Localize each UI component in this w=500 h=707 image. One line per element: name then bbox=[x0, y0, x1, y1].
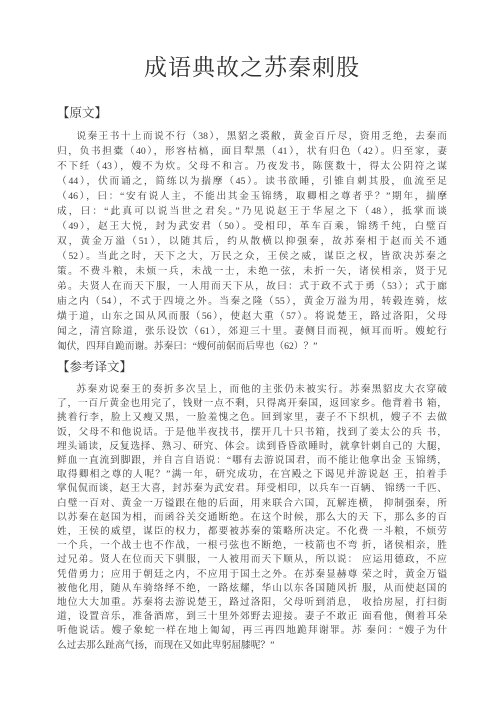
text-line: 闻之，清宫除道，张乐设饮（61），郊迎三十里。妻侧目而视，倾耳而听。嫂蛇行 bbox=[57, 324, 447, 339]
text-line: （49），赵王大悦，封为武安君（50）。受相印，革车百乘，锦绣千纯，白璧百 bbox=[57, 219, 447, 234]
text-line: 被他化用，随从车骑络绎不绝，一路炫耀，华山以东各国随风折 服，从而使赵国的 bbox=[57, 582, 447, 596]
text-line: 了，一百斤黄金也用完了，钱财一点不剩，只得离开秦国，返回家乡。他背着书 箱， bbox=[57, 397, 447, 411]
heading-original-text: 【原文】 bbox=[57, 106, 447, 121]
text-line: 么过去那么趾高气扬，而现在又如此卑躬屈膝呢？” bbox=[57, 639, 447, 653]
text-line: 听他说话。嫂子象蛇一样在地上匍匐，再三再四地跪拜谢罪。苏 秦问：“嫂子为什 bbox=[57, 624, 447, 638]
text-line: 凭借勇力；应用于朝廷之内，不应用于国土之外。在苏秦显赫尊 荣之时，黄金万镒 bbox=[57, 568, 447, 582]
text-line: （44），伏而诵之，简练以为揣摩（45）。读书欲睡，引锥自刺其股，血流至足 bbox=[57, 174, 447, 189]
section-original-text: 【原文】 说秦王书十上而说不行（38），黑貂之裘敝，黄金百斤尽，资用乏绝，去秦而… bbox=[57, 106, 447, 354]
text-line: 鲜血一直流到脚跟，并自言自语说：“哪有去游说国君，而不能让他拿出金 玉锦绣， bbox=[57, 454, 447, 468]
document-page: 成语典故之苏秦刺股 【原文】 说秦王书十上而说不行（38），黑貂之裘敝，黄金百斤… bbox=[0, 0, 500, 707]
heading-reference-translation: 【参考译文】 bbox=[57, 360, 447, 375]
text-line: （46），曰：“安有说人主，不能出其金玉锦绣，取卿相之尊者乎？”期年，揣摩 bbox=[57, 189, 447, 204]
text-line: 埋头诵读，反复选择、熟习、研究、体会。读到昏昏欲睡时，就拿针刺自己的 大腿， bbox=[57, 440, 447, 454]
text-line: 姓，王侯的威望，谋臣的权力，都要被苏秦的策略所决定。不化费 一斗粮，不烦劳 bbox=[57, 525, 447, 539]
translation-text-paragraph: 苏秦劝说秦王的奏折多次呈上，而他的主张仍未被实行。苏秦黑貂皮大衣穿破了，一百斤黄… bbox=[57, 383, 447, 653]
text-line: 道，设置音乐，准备酒席，到三十里外郊野去迎接。妻子不敢正 面看他，侧着耳朵 bbox=[57, 610, 447, 624]
text-line: （52）。当此之时，天下之大，万民之众，王侯之威，谋臣之权，皆欲决苏秦之 bbox=[57, 249, 447, 264]
section-reference-translation: 【参考译文】 苏秦劝说秦王的奏折多次呈上，而他的主张仍未被实行。苏秦黑貂皮大衣穿… bbox=[57, 360, 447, 653]
text-line: 掌侃侃而谈，赵王大喜，封苏秦为武安君。拜受相印，以兵车一百辆、 锦绣一千匹、 bbox=[57, 482, 447, 496]
document-title: 成语典故之苏秦刺股 bbox=[57, 54, 447, 82]
original-text-paragraph: 说秦王书十上而说不行（38），黑貂之裘敝，黄金百斤尽，资用乏绝，去秦而归，负书担… bbox=[57, 129, 447, 354]
text-line: 成，曰：“此真可以说当世之君矣。”乃见说赵王于华屋之下（48），抵掌而谈 bbox=[57, 204, 447, 219]
text-line: 说秦王书十上而说不行（38），黑貂之裘敝，黄金百斤尽，资用乏绝，去秦而 bbox=[57, 129, 447, 144]
text-line: 白璧一百对、黄金一万镒跟在他的后面，用来联合六国，瓦解连横， 抑制强秦，所 bbox=[57, 497, 447, 511]
text-line: 双，黄金万溢（51），以随其后，约从散横以抑强秦，故苏秦相于赵而关不通 bbox=[57, 234, 447, 249]
text-line: 弟。夫贤人在而天下服，一人用而天下从，故曰：式于政不式于勇（53）；式于廊 bbox=[57, 279, 447, 294]
text-line: 庙之内（54），不式于四境之外。当秦之隆（55），黄金万溢为用，转毂连骑，炫 bbox=[57, 294, 447, 309]
text-line: 挑着行李，脸上又瘦又黑，一脸羞愧之色。回到家里，妻子不下织机，嫂子不 去做 bbox=[57, 411, 447, 425]
text-line: 地位大大加重。苏秦将去游说楚王，路过洛阳，父母听到消息， 收拾房屋，打扫街 bbox=[57, 596, 447, 610]
text-line: 苏秦劝说秦王的奏折多次呈上，而他的主张仍未被实行。苏秦黑貂皮大衣穿破 bbox=[57, 383, 447, 397]
text-line: 不下纴（43），嫂不为炊。父母不和言。乃夜发书，陈箧数十，得太公阴符之谋 bbox=[57, 159, 447, 174]
text-line: 归，负书担橐（40），形容枯槁，面目犁黑（41），状有归色（42）。归至家，妻 bbox=[57, 144, 447, 159]
text-line: 一个兵，一个战士也不作战，一根弓弦也不断绝，一枝箭也不弯 折，诸侯相亲，胜 bbox=[57, 539, 447, 553]
text-line: 过兄弟。贤人在位而天下驯服，一人被用而天下顺从，所以说： 应运用德政，不应 bbox=[57, 553, 447, 567]
text-line: 匍伏，四拜自跪而谢。苏秦曰：“嫂何前倨而后卑也（62）？” bbox=[57, 339, 447, 354]
text-line: 熿于道，山东之国从风而服（56），使赵大重（57）。将说楚王，路过洛阳，父母 bbox=[57, 309, 447, 324]
text-line: 以苏秦在赵国为相，而函谷关交通断绝。在这个时候，那么大的天 下，那么多的百 bbox=[57, 511, 447, 525]
text-line: 策。不费斗粮，未烦一兵，未战一士，未绝一弦，未折一矢，诸侯相亲，贤于兄 bbox=[57, 264, 447, 279]
text-line: 饭，父母不和他说话。于是他半夜找书，摆开几十只书箱，找到了姜太公的兵 书， bbox=[57, 426, 447, 440]
text-line: 取得卿相之尊的人呢？”满一年，研究成功，在宫殿之下谒见并游说赵 王，拍着手 bbox=[57, 468, 447, 482]
